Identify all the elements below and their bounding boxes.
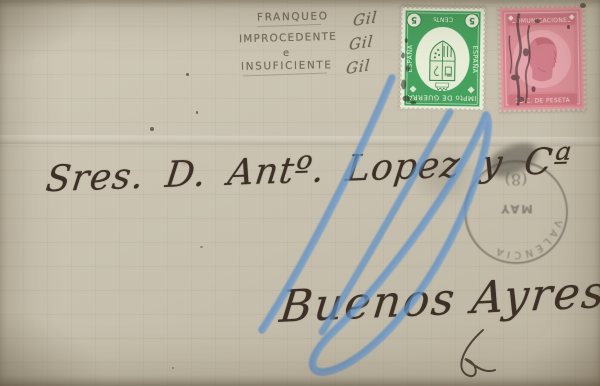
stamp-value-word: CENTs xyxy=(433,15,453,22)
ink-speck xyxy=(186,73,189,76)
pencil-underline xyxy=(243,73,327,77)
stamp-war-tax-green: IMPto DE GUERRA ESPAÑA ESPAÑA 5 5 CENTs xyxy=(398,5,486,111)
stamp-top-inscription: COMUNICACIONES xyxy=(511,17,571,25)
stamp-alfonso-rose: COMUNICACIONES 25 C. D xyxy=(497,4,587,113)
pencil-underline xyxy=(257,24,321,27)
ink-speck xyxy=(172,367,174,369)
pencil-note-line1: FRANQUEO xyxy=(257,10,329,23)
stamp-top-inscription: IMPto DE GUERRA xyxy=(407,93,476,102)
postmark-town: VALENCIA xyxy=(492,219,564,260)
ink-speck xyxy=(567,25,570,29)
address-line1: Sres. D. Antº. Lopez y Cª xyxy=(44,141,574,201)
pencil-note-line4: INSUFICIENTE xyxy=(241,59,333,73)
cover-scan: FRANQUEO IMPROCEDENTE e INSUFICIENTE Gil… xyxy=(0,0,600,386)
pencil-note-line2: IMPROCEDENTE xyxy=(239,31,337,46)
ink-paraph xyxy=(445,326,515,386)
ink-speck xyxy=(580,3,586,8)
stamp-side-inscription: ESPAÑA xyxy=(471,45,480,73)
expert-signature: Gil xyxy=(345,56,371,78)
svg-text:VALENCIA: VALENCIA xyxy=(492,219,564,260)
stamp-value-numeral: 5 xyxy=(411,14,417,24)
ink-speck xyxy=(150,127,154,131)
expert-signature: Gil xyxy=(348,32,374,54)
ink-speck xyxy=(200,246,203,248)
pencil-note-line3: e xyxy=(283,48,291,59)
stamp-war-tax-art: IMPto DE GUERRA ESPAÑA ESPAÑA 5 5 CENTs xyxy=(398,5,486,111)
expert-signature: Gil xyxy=(352,8,378,30)
stamp-value-numeral: 5 xyxy=(469,15,475,25)
ink-speck xyxy=(196,111,198,114)
postmark-month: MAY xyxy=(499,202,533,216)
stamp-alfonso-art: COMUNICACIONES 25 C. D xyxy=(497,4,587,113)
address-line2: Buenos Ayres. xyxy=(277,266,600,333)
